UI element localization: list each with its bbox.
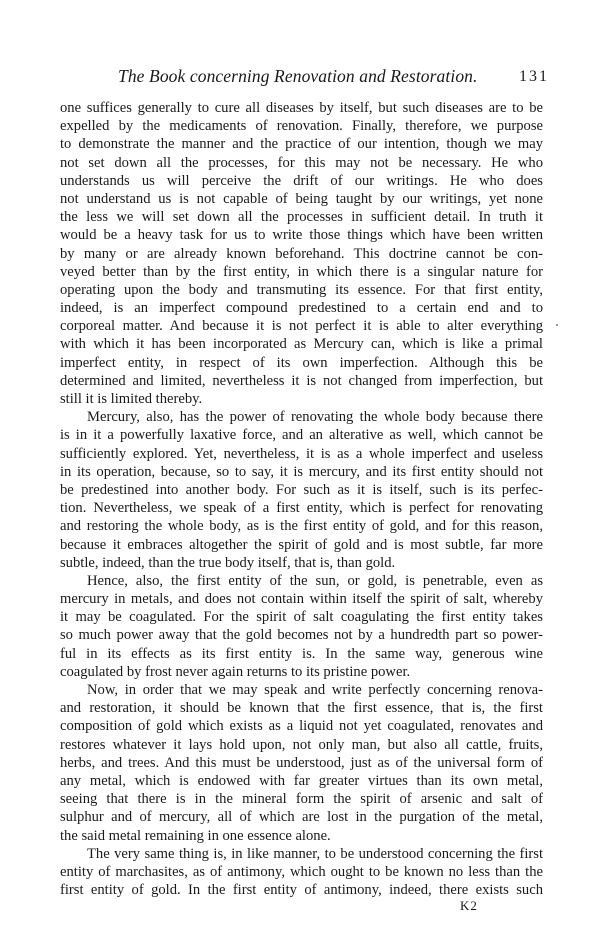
text-line: first entity of gold. In the first entit… bbox=[60, 881, 543, 899]
text-line: herbs, and trees. And this must be under… bbox=[60, 754, 543, 772]
text-line: composition of gold which exists as a li… bbox=[60, 717, 543, 735]
text-line: be predestined into another body. For su… bbox=[60, 481, 543, 499]
text-line: the said metal remaining in one essence … bbox=[60, 827, 543, 845]
text-line: understands us will perceive the drift o… bbox=[60, 172, 543, 190]
text-line: coagulated by frost never again returns … bbox=[60, 663, 543, 681]
text-line: so much power away that the gold becomes… bbox=[60, 626, 543, 644]
text-line: The very same thing is, in like manner, … bbox=[60, 845, 543, 863]
text-line: sulphur and of mercury, all of which are… bbox=[60, 808, 543, 826]
text-line: Mercury, also, has the power of renovati… bbox=[60, 408, 543, 426]
text-line: and restoring the whole body, as is the … bbox=[60, 517, 543, 535]
text-line: by many or are already known beforehand.… bbox=[60, 245, 543, 263]
text-line: the less we will set down all the proces… bbox=[60, 208, 543, 226]
text-line: in its operation, because, so to say, it… bbox=[60, 463, 543, 481]
paragraph: Mercury, also, has the power of renovati… bbox=[60, 408, 543, 572]
page-number: 131 bbox=[519, 68, 549, 86]
text-line: Now, in order that we may speak and writ… bbox=[60, 681, 543, 699]
text-line: any metal, which is endowed with far gre… bbox=[60, 772, 543, 790]
text-line: Hence, also, the first entity of the sun… bbox=[60, 572, 543, 590]
text-line: because it embraces altogether the spiri… bbox=[60, 536, 543, 554]
page-body: one suffices generally to cure all disea… bbox=[60, 99, 543, 899]
text-line: seeing that there is in the mineral form… bbox=[60, 790, 543, 808]
text-line: not set down all the processes, for this… bbox=[60, 154, 543, 172]
text-line: mercury in metals, and does not contain … bbox=[60, 590, 543, 608]
text-line: would be a heavy task for us to write th… bbox=[60, 226, 543, 244]
text-line: subtle, indeed, than the true body itsel… bbox=[60, 554, 543, 572]
running-title: The Book concerning Renovation and Resto… bbox=[118, 66, 430, 87]
paragraph: Now, in order that we may speak and writ… bbox=[60, 681, 543, 845]
text-line: to demonstrate the manner and the practi… bbox=[60, 135, 543, 153]
text-line: still it is limited thereby. bbox=[60, 390, 543, 408]
text-line: and restoration, it should be known that… bbox=[60, 699, 543, 717]
text-line: sufficiently explored. Yet, nevertheless… bbox=[60, 445, 543, 463]
paragraph: The very same thing is, in like manner, … bbox=[60, 845, 543, 900]
paragraph: Hence, also, the first entity of the sun… bbox=[60, 572, 543, 681]
text-line: corporeal matter. And because it is not … bbox=[60, 317, 543, 335]
text-line: imperfect entity, in respect of its own … bbox=[60, 354, 543, 372]
text-line: indeed, is an imperfect compound predest… bbox=[60, 299, 543, 317]
text-line: determined and limited, nevertheless it … bbox=[60, 372, 543, 390]
text-line: it may be coagulated. For the spirit of … bbox=[60, 608, 543, 626]
text-line: restores whatever it lays hold upon, not… bbox=[60, 736, 543, 754]
text-line: operating upon the body and transmuting … bbox=[60, 281, 543, 299]
margin-speck bbox=[556, 324, 558, 326]
text-line: with which it has been incorporated as M… bbox=[60, 335, 543, 353]
text-line: ful in its effects as its first entity i… bbox=[60, 645, 543, 663]
paragraph: one suffices generally to cure all disea… bbox=[60, 99, 543, 408]
text-line: veyed better than by the first entity, i… bbox=[60, 263, 543, 281]
text-line: one suffices generally to cure all disea… bbox=[60, 99, 543, 117]
text-line: not understand us is not capable of bein… bbox=[60, 190, 543, 208]
text-line: expelled by the medicaments of renovatio… bbox=[60, 117, 543, 135]
text-line: is in it a powerfully laxative force, an… bbox=[60, 426, 543, 444]
text-line: tion. Nevertheless, we speak of a first … bbox=[60, 499, 543, 517]
signature-mark: K2 bbox=[460, 898, 478, 914]
text-line: entity of marchasites, as of antimony, w… bbox=[60, 863, 543, 881]
